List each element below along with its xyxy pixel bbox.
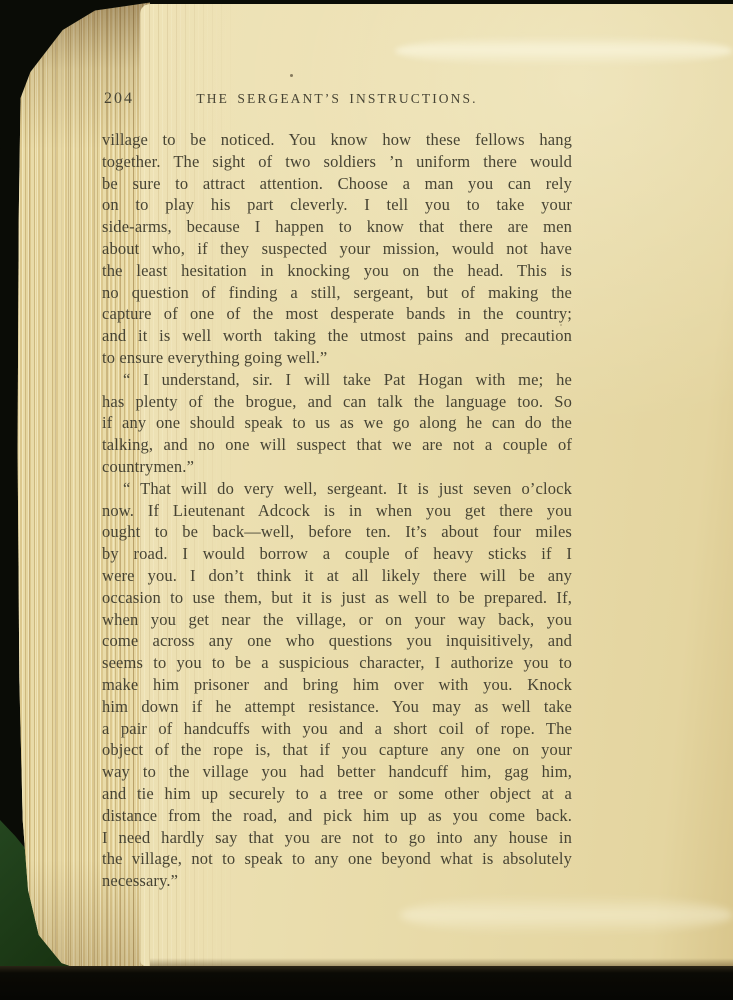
text-line: village to be noticed. You know how thes… bbox=[102, 129, 572, 151]
text-line: about who, if they suspected your missio… bbox=[102, 238, 572, 260]
text-line: and tie him up securely to a tree or som… bbox=[102, 783, 572, 805]
text-line: I need hardly say that you are not to go… bbox=[102, 827, 572, 849]
text-line: object of the rope is, that if you captu… bbox=[102, 739, 572, 761]
text-line: “ I understand, sir. I will take Pat Hog… bbox=[102, 369, 572, 391]
book-scan-photo: 204 THE SERGEANT’S INSTRUCTIONS. village… bbox=[0, 0, 733, 1000]
text-line: make him prisoner and bring him over wit… bbox=[102, 674, 572, 696]
text-line: now. If Lieutenant Adcock is in when you… bbox=[102, 500, 572, 522]
running-header: 204 THE SERGEANT’S INSTRUCTIONS. bbox=[102, 88, 572, 112]
text-line: “ That will do very well, sergeant. It i… bbox=[102, 478, 572, 500]
text-line: him down if he attempt resistance. You m… bbox=[102, 696, 572, 718]
text-line: necessary.” bbox=[102, 870, 572, 892]
text-line: has plenty of the brogue, and can talk t… bbox=[102, 391, 572, 413]
text-line: no question of finding a still, sergeant… bbox=[102, 282, 572, 304]
text-line: were you. I don’t think it at all likely… bbox=[102, 565, 572, 587]
text-line: come across any one who questions you in… bbox=[102, 630, 572, 652]
text-line: side-arms, because I happen to know that… bbox=[102, 216, 572, 238]
printed-page-content: 204 THE SERGEANT’S INSTRUCTIONS. village… bbox=[102, 88, 572, 892]
text-line: a pair of handcuffs with you and a short… bbox=[102, 718, 572, 740]
text-line: seems to you to be a suspicious characte… bbox=[102, 652, 572, 674]
text-line: the village, not to speak to any one bey… bbox=[102, 848, 572, 870]
text-line: and it is well worth taking the utmost p… bbox=[102, 325, 572, 347]
text-line: way to the village you had better handcu… bbox=[102, 761, 572, 783]
text-line: countrymen.” bbox=[102, 456, 572, 478]
table-shadow-below-book bbox=[0, 966, 733, 1000]
text-line: to ensure everything going well.” bbox=[102, 347, 572, 369]
text-line: when you get near the village, or on you… bbox=[102, 609, 572, 631]
text-line: by road. I would borrow a couple of heav… bbox=[102, 543, 572, 565]
text-line: talking, and no one will suspect that we… bbox=[102, 434, 572, 456]
paragraph: “ That will do very well, sergeant. It i… bbox=[102, 478, 572, 892]
paper-speck bbox=[290, 74, 293, 77]
text-line: together. The sight of two soldiers ’n u… bbox=[102, 151, 572, 173]
body-text: village to be noticed. You know how thes… bbox=[102, 129, 572, 892]
text-line: be sure to attract attention. Choose a m… bbox=[102, 173, 572, 195]
text-line: occasion to use them, but it is just as … bbox=[102, 587, 572, 609]
text-line: on to play his part cleverly. I tell you… bbox=[102, 194, 572, 216]
text-line: capture of one of the most desperate ban… bbox=[102, 303, 572, 325]
text-line: if any one should speak to us as we go a… bbox=[102, 412, 572, 434]
paragraph: village to be noticed. You know how thes… bbox=[102, 129, 572, 369]
text-line: distance from the road, and pick him up … bbox=[102, 805, 572, 827]
chapter-running-title: THE SERGEANT’S INSTRUCTIONS. bbox=[102, 91, 572, 107]
text-line: ought to be back—well, before ten. It’s … bbox=[102, 521, 572, 543]
text-line: the least hesitation in knocking you on … bbox=[102, 260, 572, 282]
paragraph: “ I understand, sir. I will take Pat Hog… bbox=[102, 369, 572, 478]
